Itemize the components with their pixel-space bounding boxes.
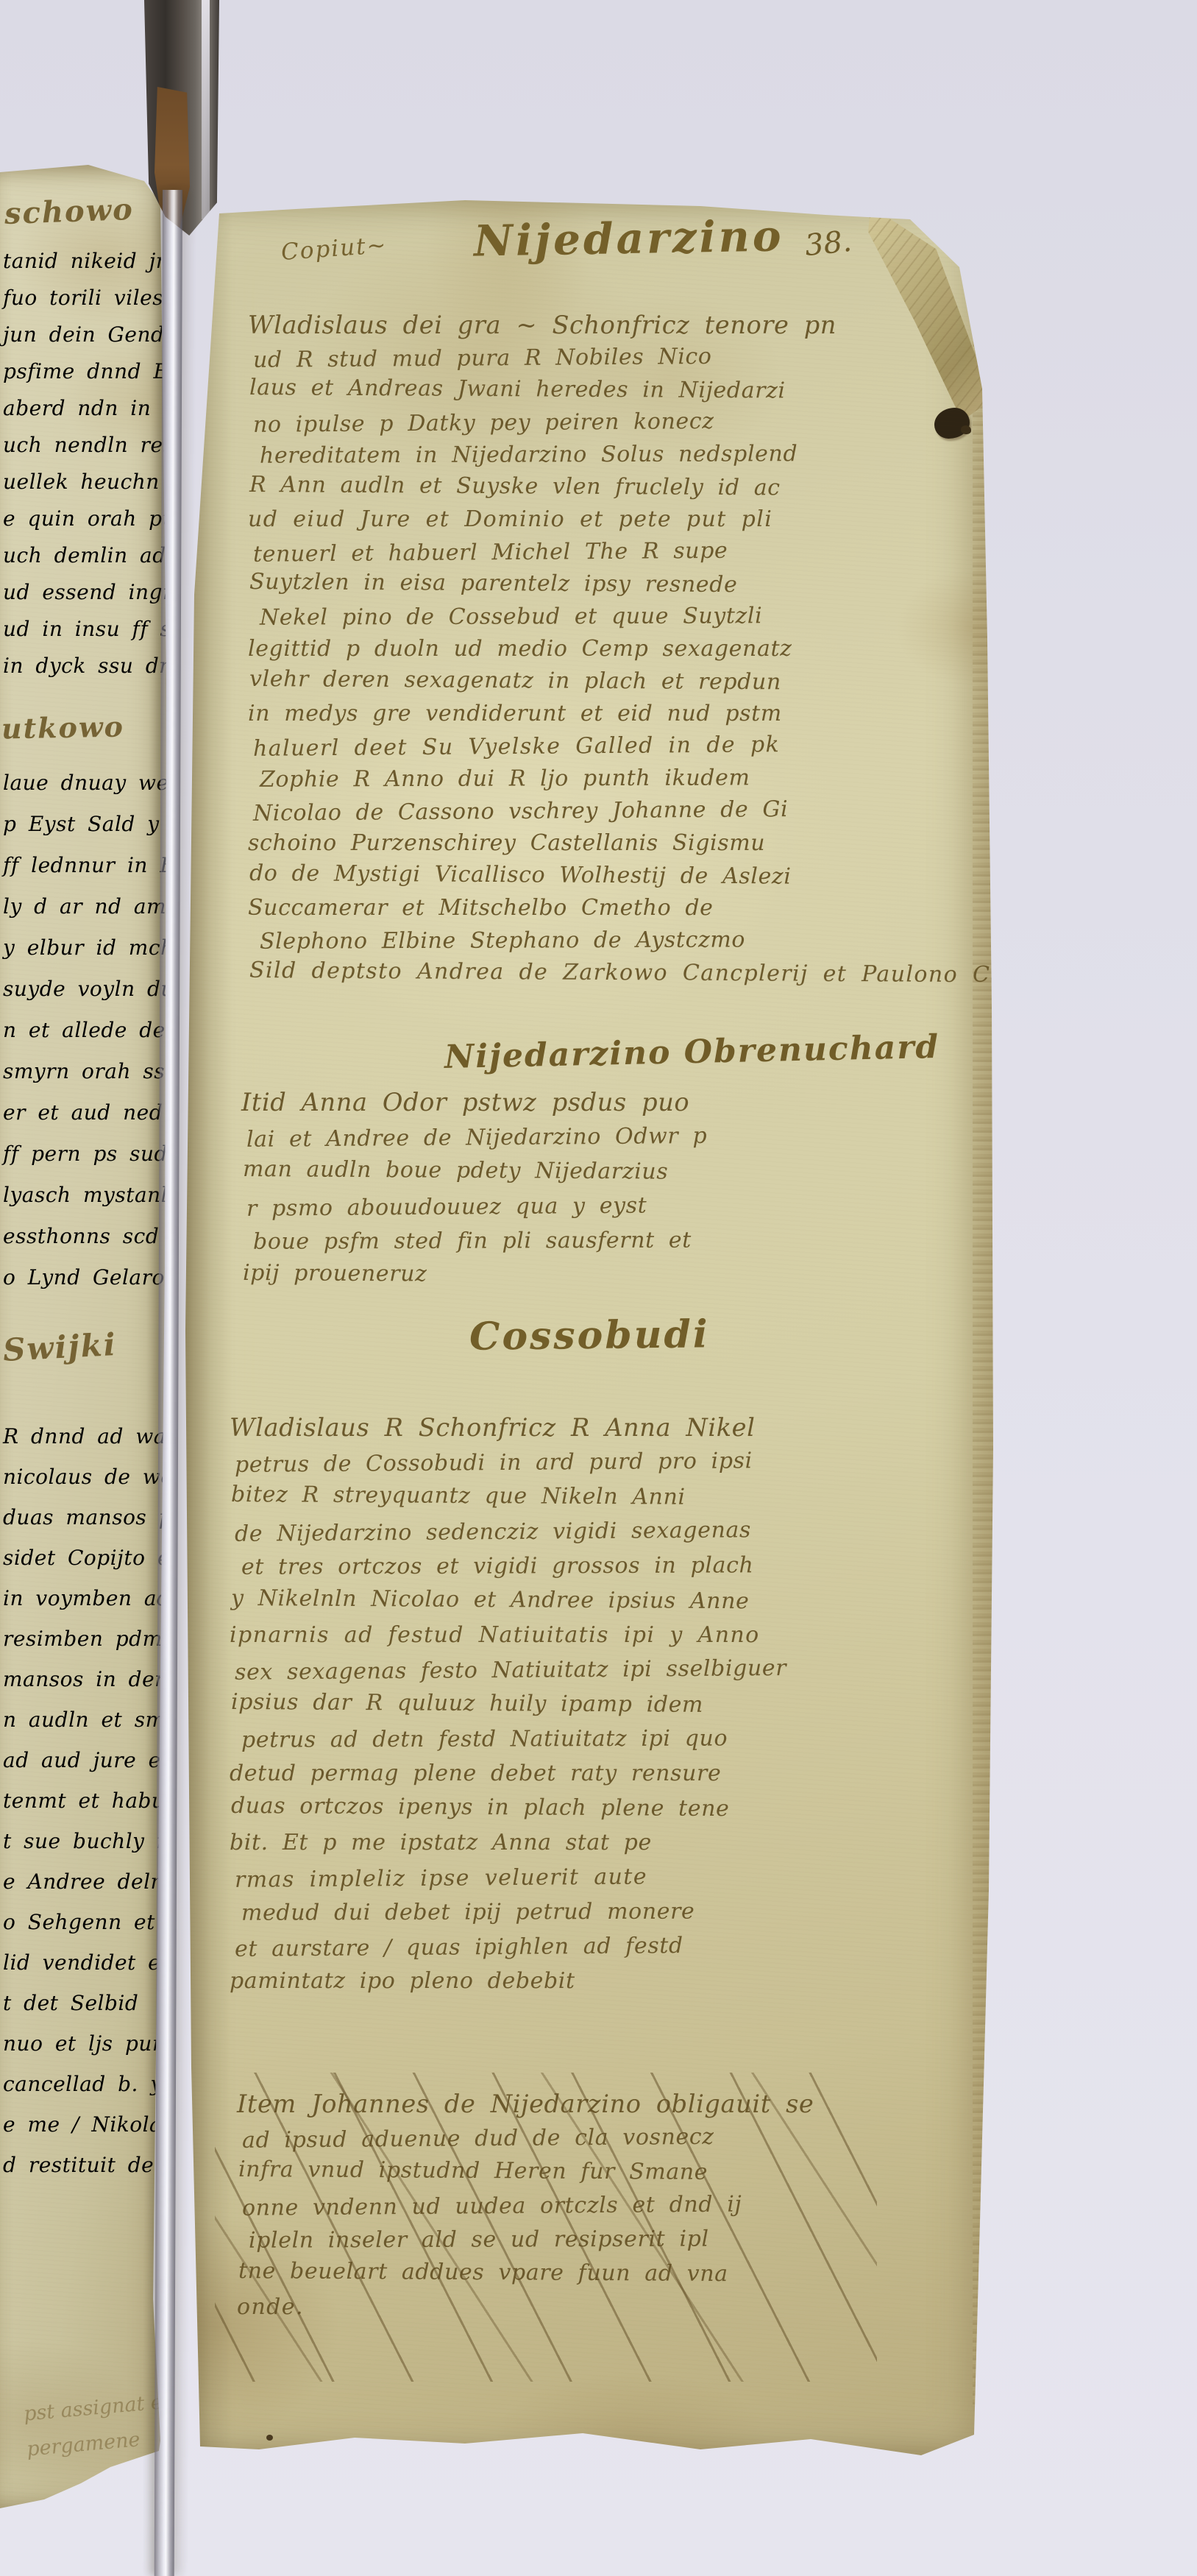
left-section-heading-1: schowo [4, 192, 134, 231]
text-line: jun dein Gend y [3, 316, 171, 353]
text-line: bit. Et p me ipstatz Anna stat pe [230, 1825, 965, 1860]
text-line: ff pern ps sud e [3, 1133, 171, 1175]
text-line: sex sexagenas festo Natiuitatz ipi sselb… [235, 1649, 970, 1690]
catchword: Copiut~ [280, 232, 388, 266]
text-line: et tres ortczos et vigidi grossos in pla… [241, 1547, 977, 1584]
text-line: resimben pdm put [3, 1618, 171, 1659]
text-line: Wladislaus R Schonfricz R Anna Nikel [230, 1410, 965, 1445]
page-number: 38. [803, 224, 853, 263]
text-line: n audln et smyslse [3, 1699, 171, 1740]
text-line: ad aud jure et [3, 1740, 171, 1780]
text-line: uellek heuchn ihn pt [3, 464, 171, 500]
text-line: psfime dnnd Emp [3, 353, 171, 390]
text-line: onne vndenn ud uudea ortczls et dnd ij [242, 2186, 967, 2226]
left-section-lines-3: R dnnd ad wamnicolaus de woshduas mansos… [3, 1416, 171, 2185]
text-line: ff lednnur in Eyss [3, 845, 171, 886]
text-line: y elbur id mchsl [3, 927, 171, 969]
text-line: Nekel pino de Cossebud et quue Suytzli [260, 599, 984, 634]
text-line: t sue buchly ich [3, 1821, 171, 1861]
paragraph-2: Itid Anna Odor pstwz psdus puolai et And… [241, 1085, 966, 1292]
text-line: tenmt et habuit nd [3, 1780, 171, 1821]
text-line: ud eiud Jure et Dominio et pete put pli [248, 503, 973, 536]
faint-note: pst assignat etpergamene [22, 2384, 175, 2467]
text-line: do de Mystigi Vicallisco Wolhestij de As… [249, 857, 974, 894]
paragraph-4-cancelled: Item Johannes de Nijedarzino obligauit s… [237, 2087, 962, 2324]
text-line: in voymben ad [3, 1578, 171, 1618]
text-line: Sild deptsto Andrea de Zarkowo Cancpleri… [249, 955, 974, 991]
text-line: Suytzlen in eisa parentelz ipsy resnede [249, 566, 974, 603]
text-line: hereditatem in Nijedarzino Solus nedsple… [260, 437, 984, 472]
text-line: ipnarnis ad festud Natiuitatis ipi y Ann… [230, 1618, 965, 1652]
text-line: mansos in dem [3, 1659, 171, 1699]
text-line: et aurstare / quas ipighlen ad festd [235, 1926, 970, 1967]
text-line: duas ortczos ipenys in plach plene tene [231, 1788, 967, 1827]
text-line: tne beuelart addues vpare fuun ad vna [238, 2254, 963, 2293]
text-line: uch nendln resimik [3, 427, 171, 464]
text-line: y Nikelnln Nicolao et Andree ipsius Anne [231, 1581, 967, 1620]
text-line: Item Johannes de Nijedarzino obligauit s… [237, 2087, 962, 2121]
left-page: schowo tanid nikeid jmdarfuo torili vile… [0, 165, 172, 2514]
text-line: ud essend ingnumt [3, 574, 171, 611]
text-line: ud R stud mud pura R Nobiles Nico [253, 339, 978, 377]
text-line: t det Selbid [3, 1983, 171, 2023]
text-line: vlehr deren sexagenatz in plach et repdu… [249, 663, 974, 700]
text-line: Nicolao de Cassono vschrey Johanne de Gi [253, 792, 978, 830]
text-line: lid vendidet et [3, 1942, 171, 1983]
text-line: Slephono Elbine Stephano de Aystczmo [260, 923, 984, 958]
text-line: R Ann audln et Suyske vlen fruclely id a… [249, 469, 974, 506]
text-line: nuo et ljs punch [3, 2023, 171, 2064]
text-line: boue psfm sted fin pli sausfernt et [253, 1222, 978, 1259]
text-line: in medys gre vendiderunt et eid nud pstm [248, 698, 973, 730]
text-line: essthonns scd dyrson [3, 1216, 171, 1257]
text-line: laus et Andreas Jwani heredes in Nijedar… [249, 372, 974, 408]
text-line: onde. [237, 2290, 962, 2324]
text-line: uch demlin ad vnp [3, 537, 171, 574]
right-page: Copiut~ Nijedarzino 38. Wladislaus dei g… [185, 197, 995, 2463]
text-line: petrus ad detn festd Natiuitatz ipi quo [241, 1720, 977, 1757]
text-line: in dyck ssu dnnd [3, 648, 171, 684]
text-line: o Sehgenn et ffme [3, 1902, 171, 1942]
text-line: p Eyst Sald y [3, 804, 171, 845]
text-line: o Lynd Gelaron et panlo dek dessd [3, 1257, 171, 1298]
text-line: er et aud ned ff [3, 1092, 171, 1133]
text-line: e Andree delnng [3, 1861, 171, 1902]
page-heading-2: Nijedarzino Obrenuchard [444, 1028, 940, 1076]
text-line: smyrn orah ssmp [3, 1051, 171, 1092]
text-line: Wladislaus dei gra ~ Schonfricz tenore p… [248, 309, 973, 342]
text-line: ud in insu ff schm [3, 611, 171, 648]
left-section-lines-2: laue dnuay wenep Eyst Sald yff lednnur i… [3, 762, 171, 1298]
text-line: rmas impleliz ipse veluerit aute [235, 1857, 970, 1897]
left-section-heading-2: utkowo [1, 710, 125, 746]
text-line: suyde voyln dud [3, 969, 171, 1010]
text-line: legittid p duoln ud medio Cemp sexagenat… [248, 633, 973, 665]
text-line: tenuerl et habuerl Michel The R supe [253, 533, 978, 571]
text-line: e me / Nikolau [3, 2104, 171, 2145]
text-line: detud permag plene debet raty rensure [230, 1756, 965, 1791]
rod-highlight [202, 0, 210, 219]
text-line: r psmo abouudouuez qua y eyst [246, 1186, 971, 1226]
text-line: lyasch mystanler et [3, 1175, 171, 1216]
text-line: haluerl deet Su Vyelske Galled in de pk [253, 727, 978, 765]
text-line: ipleln inseler ald se ud resipserit ipl [249, 2221, 973, 2257]
text-line: duas mansos pos [3, 1497, 171, 1538]
text-line: Itid Anna Odor pstwz psdus puo [241, 1085, 966, 1119]
text-line: ad ipsud aduenue dud de cla vosnecz [242, 2118, 967, 2158]
left-section-heading-3: Swijki [2, 1326, 118, 1368]
left-section-lines-1: tanid nikeid jmdarfuo torili vilestytjun… [3, 243, 171, 684]
text-line: n et allede dehess [3, 1010, 171, 1051]
text-line: pamintatz ipo pleno debebit [230, 1964, 965, 1998]
text-line: cancellad b. y [3, 2064, 171, 2104]
right-page-text: Copiut~ Nijedarzino 38. Wladislaus dei g… [185, 197, 995, 2463]
paragraph-1: Wladislaus dei gra ~ Schonfricz tenore p… [248, 309, 973, 989]
text-line: ipij proueneruz [243, 1256, 967, 1295]
text-line: schoino Purzenschirey Castellanis Sigism… [248, 827, 973, 860]
text-line: aberd ndn in dro [3, 390, 171, 427]
text-line: medud dui debet ipij petrud monere [241, 1893, 977, 1930]
text-line: fuo torili vilestyt [3, 280, 171, 316]
page-heading-1: Nijedarzino [473, 210, 784, 266]
page-heading-3: Cossobudi [469, 1312, 710, 1359]
text-line: R dnnd ad wam [3, 1416, 171, 1457]
text-line: laue dnuay wene [3, 762, 171, 804]
text-line: ly d ar nd amd [3, 886, 171, 927]
text-line: petrus de Cossobudi in ard purd pro ipsi [235, 1442, 970, 1482]
text-line: tanid nikeid jmdar [3, 243, 171, 280]
text-line: lai et Andree de Nijedarzino Odwr p [246, 1117, 971, 1157]
text-line: infra vnud ipstudnd Heren fur Smane [238, 2153, 963, 2191]
text-line: Succamerar et Mitschelbo Cmetho de [248, 892, 973, 924]
manuscript-photo: schowo tanid nikeid jmdarfuo torili vile… [0, 0, 1197, 2576]
text-line: Zophie R Anno dui R ljo punth ikudem [260, 761, 984, 796]
text-line: bitez R streyquantz que Nikeln Anni [231, 1477, 967, 1516]
text-line: man audln boue pdety Nijedarzius [243, 1152, 967, 1191]
text-line: no ipulse p Datky pey peiren konecz [253, 403, 978, 442]
text-line: ipsius dar R quluuz huily ipamp idem [231, 1685, 967, 1724]
text-line: d restituit dend po [3, 2145, 171, 2185]
text-line: sidet Copijto et [3, 1538, 171, 1578]
paragraph-3: Wladislaus R Schonfricz R Anna Nikelpetr… [230, 1410, 965, 1998]
text-line: nicolaus de wosh [3, 1457, 171, 1497]
text-line: de Nijedarzino sedencziz vigidi sexagena… [235, 1511, 970, 1551]
text-line: e quin orah puuch [3, 500, 171, 537]
